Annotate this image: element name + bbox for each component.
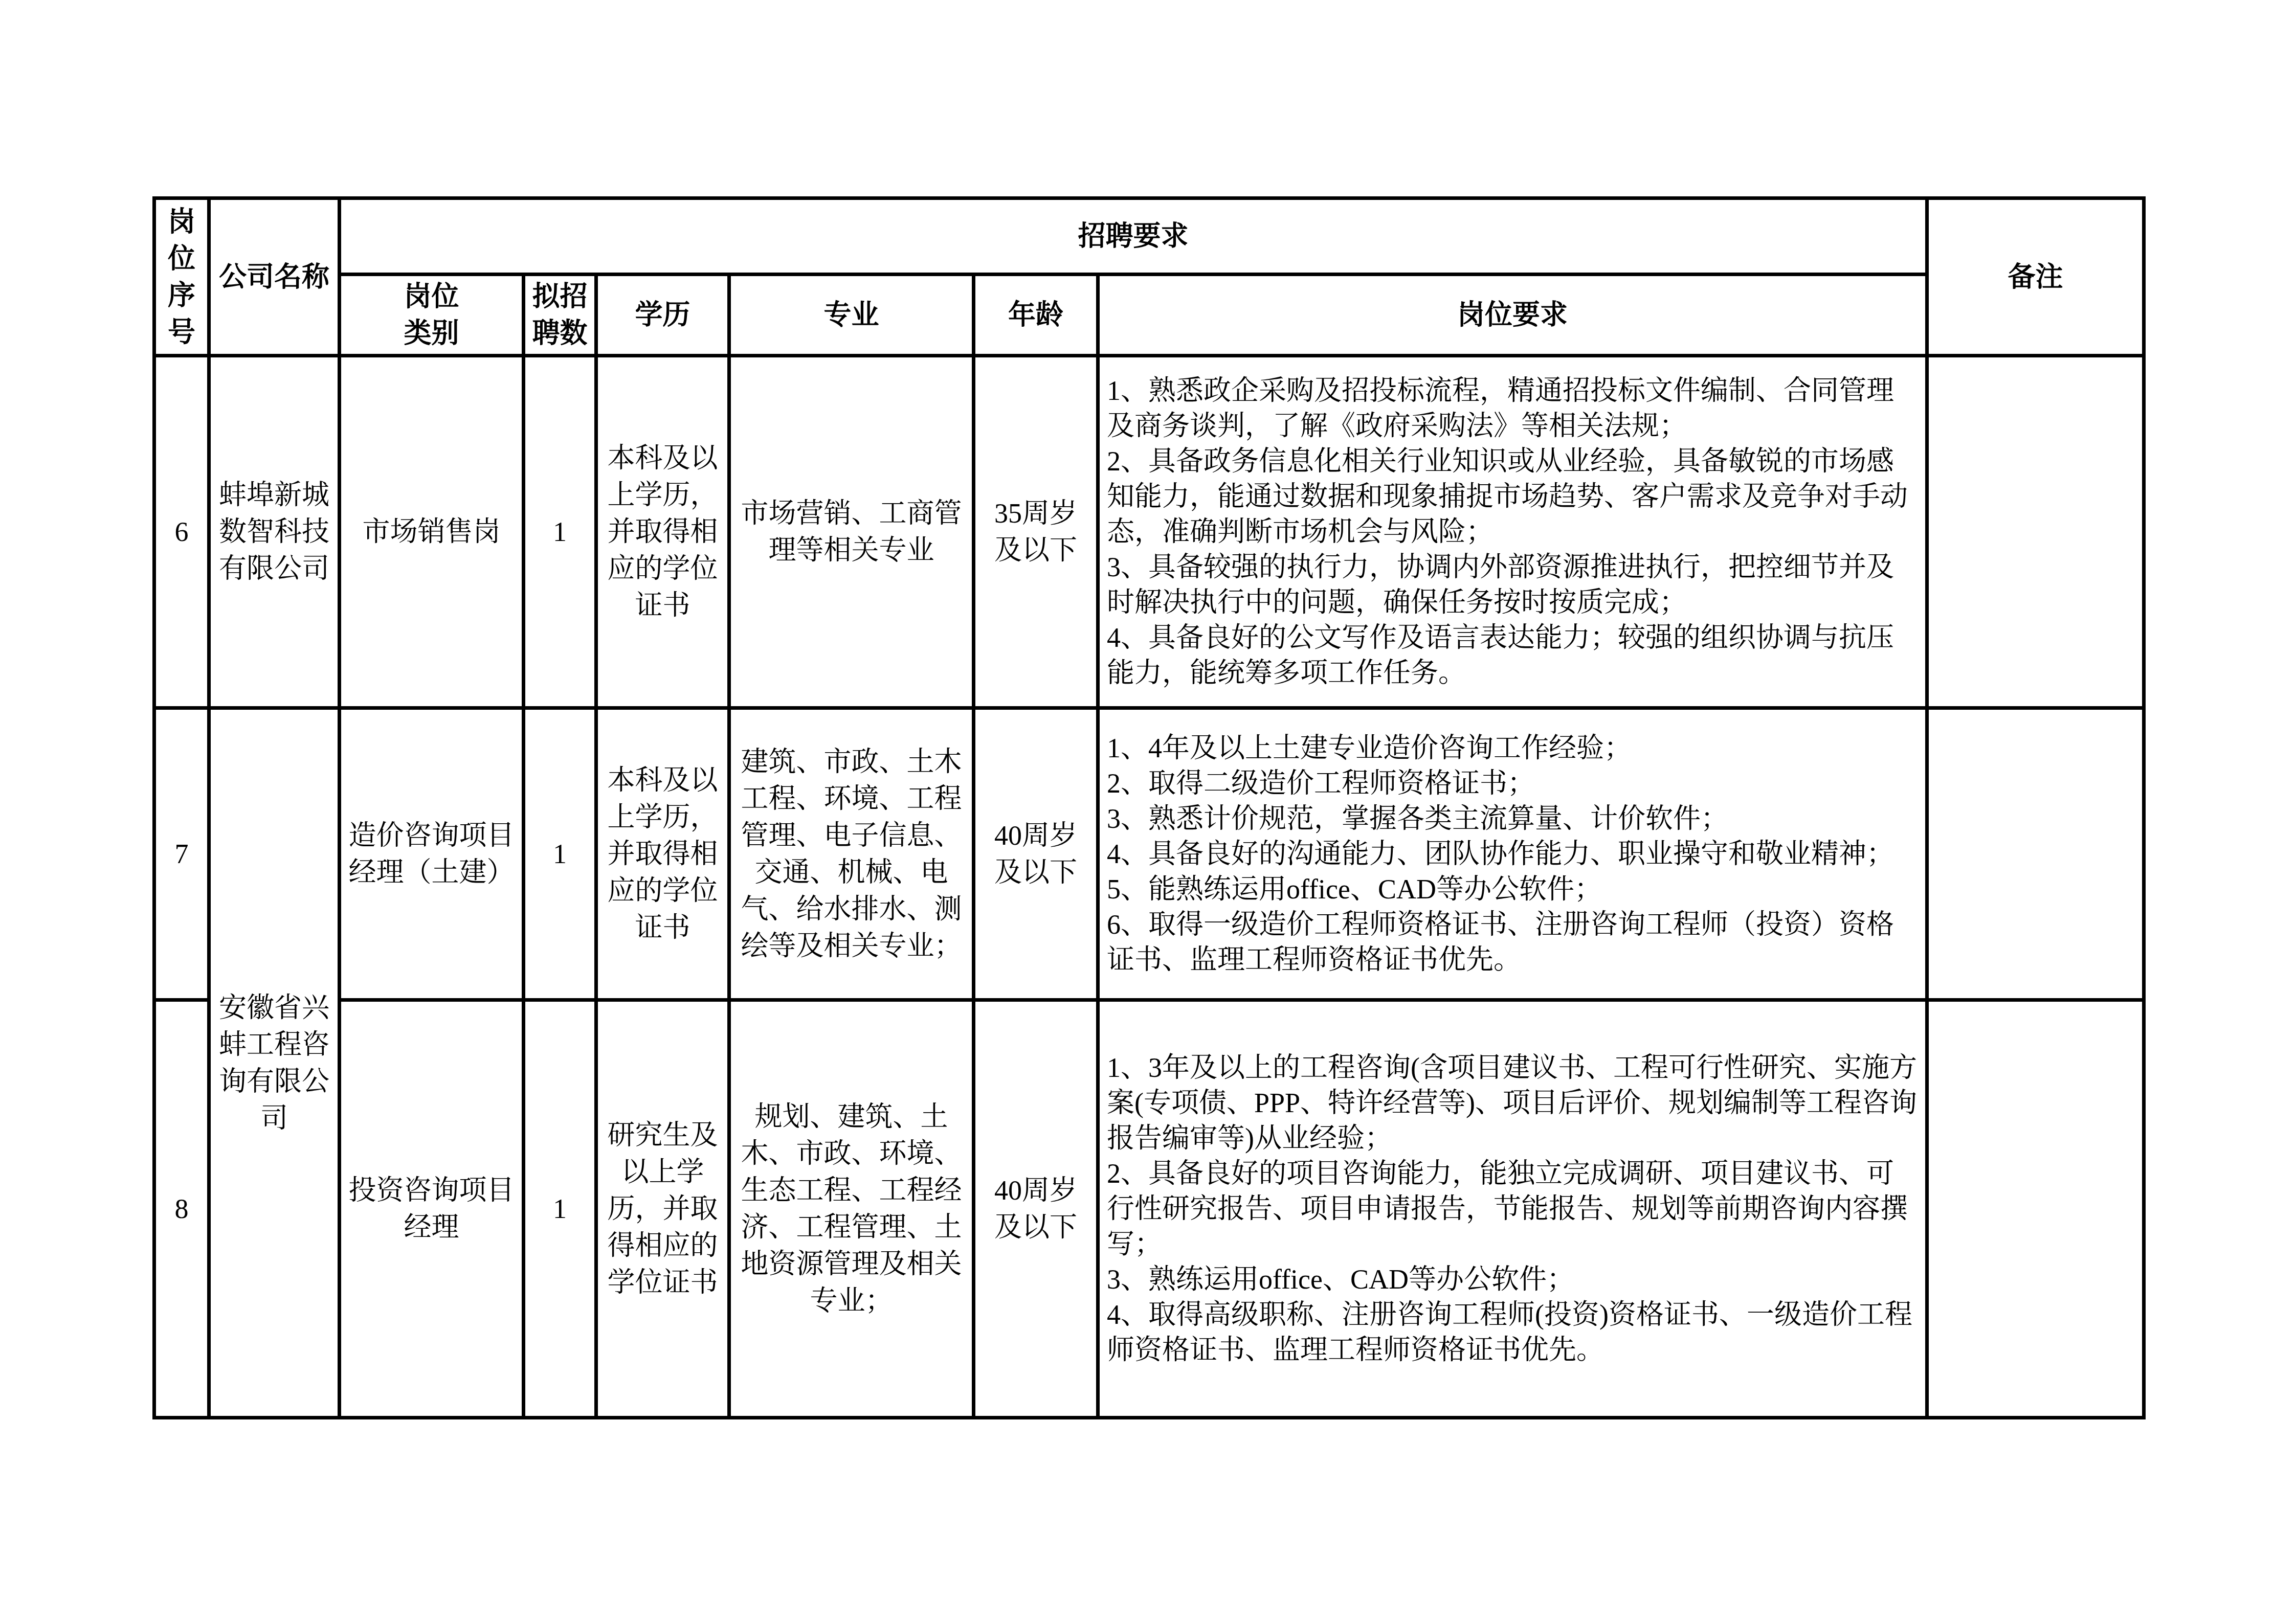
cell-category: 市场销售岗: [340, 356, 524, 708]
header-category: 岗位 类别: [340, 275, 524, 356]
cell-age: 40周岁 及以下: [974, 708, 1098, 1000]
header-count: 拟招 聘数: [524, 275, 596, 356]
cell-no: 6: [154, 356, 209, 708]
recruitment-table: 岗位序号 公司名称 招聘要求 备注 岗位 类别 拟招 聘数 学历 专业 年龄 岗…: [152, 196, 2146, 1419]
cell-count: 1: [524, 356, 596, 708]
header-row-2: 岗位 类别 拟招 聘数 学历 专业 年龄 岗位要求: [154, 275, 2144, 356]
header-post-requirements: 岗位要求: [1098, 275, 1927, 356]
cell-requirements: 1、熟悉政企采购及招投标流程，精通招投标文件编制、合同管理及商务谈判，了解《政府…: [1098, 356, 1927, 708]
cell-major: 建筑、市政、土木工程、环境、工程管理、电子信息、交通、机械、电气、给水排水、测绘…: [729, 708, 974, 1000]
cell-count: 1: [524, 1000, 596, 1418]
header-age: 年龄: [974, 275, 1098, 356]
cell-remark: [1927, 1000, 2144, 1418]
header-education: 学历: [596, 275, 729, 356]
cell-education: 本科及以上学历，并取得相应的学位证书: [596, 356, 729, 708]
cell-requirements: 1、3年及以上的工程咨询(含项目建议书、工程可行性研究、实施方案(专项债、PPP…: [1098, 1000, 1927, 1418]
header-company: 公司名称: [209, 198, 340, 356]
cell-education: 本科及以上学历，并取得相应的学位证书: [596, 708, 729, 1000]
cell-category: 造价咨询项目经理（土建）: [340, 708, 524, 1000]
cell-no: 8: [154, 1000, 209, 1418]
cell-major: 市场营销、工商管理等相关专业: [729, 356, 974, 708]
cell-requirements: 1、4年及以上土建专业造价咨询工作经验； 2、取得二级造价工程师资格证书； 3、…: [1098, 708, 1927, 1000]
cell-category: 投资咨询项目经理: [340, 1000, 524, 1418]
cell-major: 规划、建筑、土木、市政、环境、生态工程、工程经济、工程管理、土地资源管理及相关专…: [729, 1000, 974, 1418]
cell-company: 蚌埠新城数智科技有限公司: [209, 356, 340, 708]
header-row-1: 岗位序号 公司名称 招聘要求 备注: [154, 198, 2144, 275]
table-row-6: 6 蚌埠新城数智科技有限公司 市场销售岗 1 本科及以上学历，并取得相应的学位证…: [154, 356, 2144, 708]
cell-age: 40周岁 及以下: [974, 1000, 1098, 1418]
header-major: 专业: [729, 275, 974, 356]
header-post-no: 岗位序号: [154, 198, 209, 356]
header-recruit-requirements-group: 招聘要求: [340, 198, 1927, 275]
cell-no: 7: [154, 708, 209, 1000]
table-row-8: 8 投资咨询项目经理 1 研究生及以上学历，并取得相应的学位证书 规划、建筑、土…: [154, 1000, 2144, 1418]
cell-remark: [1927, 708, 2144, 1000]
recruitment-sheet: 岗位序号 公司名称 招聘要求 备注 岗位 类别 拟招 聘数 学历 专业 年龄 岗…: [152, 196, 2146, 1419]
cell-company-merged: 安徽省兴蚌工程咨询有限公司: [209, 708, 340, 1418]
table-row-7: 7 安徽省兴蚌工程咨询有限公司 造价咨询项目经理（土建） 1 本科及以上学历，并…: [154, 708, 2144, 1000]
cell-education: 研究生及以上学历，并取得相应的学位证书: [596, 1000, 729, 1418]
cell-count: 1: [524, 708, 596, 1000]
cell-remark: [1927, 356, 2144, 708]
cell-age: 35周岁 及以下: [974, 356, 1098, 708]
header-remark: 备注: [1927, 198, 2144, 356]
